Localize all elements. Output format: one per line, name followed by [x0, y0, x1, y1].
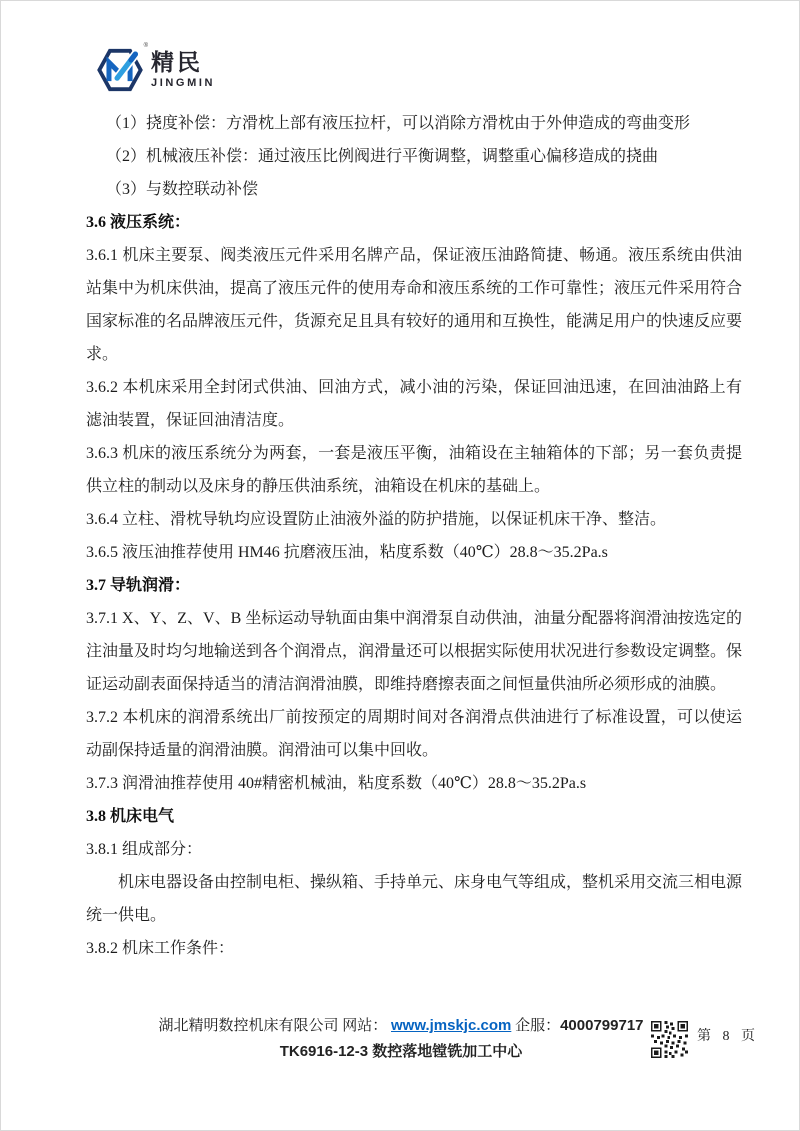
footer-service-phone: 4000799717: [560, 1017, 643, 1034]
list-item-1: （1）挠度补偿：方滑枕上部有液压拉杆，可以消除方滑枕由于外伸造成的弯曲变形: [86, 107, 742, 140]
logo-chinese-name: 精民: [151, 51, 215, 74]
paragraph-3-7-2: 3.7.2 本机床的润滑系统出厂前按预定的周期时间对各润滑点供油进行了标准设置，…: [86, 701, 742, 767]
paragraph-3-6-3: 3.6.3 机床的液压系统分为两套，一套是液压平衡，油箱设在主轴箱体的下部；另一…: [86, 437, 742, 503]
section-heading-3-6: 3.6 液压系统：: [86, 206, 742, 239]
document-footer: 湖北精明数控机床有限公司 网站： www.jmskjc.com 企服：40007…: [1, 1013, 800, 1065]
section-heading-3-8: 3.8 机床电气: [86, 800, 742, 833]
paragraph-3-6-4: 3.6.4 立柱、滑枕导轨均应设置防止油液外溢的防护措施，以保证机床干净、整洁。: [86, 503, 742, 536]
footer-company-line: 湖北精明数控机床有限公司 网站： www.jmskjc.com 企服：40007…: [81, 1013, 721, 1039]
paragraph-3-8-1-body: 机床电器设备由控制电柜、操纵箱、手持单元、床身电气等组成，整机采用交流三相电源统…: [86, 866, 742, 932]
hexagon-m-pen-icon: [96, 45, 144, 95]
footer-company-name: 湖北精明数控机床有限公司: [158, 1018, 338, 1034]
paragraph-3-8-1: 3.8.1 组成部分：: [86, 833, 742, 866]
paragraph-3-7-1: 3.7.1 X、Y、Z、V、B 坐标运动导轨面由集中润滑泵自动供油，油量分配器将…: [86, 602, 742, 701]
document-body: （1）挠度补偿：方滑枕上部有液压拉杆，可以消除方滑枕由于外伸造成的弯曲变形 （2…: [86, 107, 742, 965]
company-logo: ® 精民 JINGMIN: [96, 45, 215, 95]
logo-english-name: JINGMIN: [151, 78, 215, 89]
document-header: ® 精民 JINGMIN: [96, 45, 215, 97]
section-heading-3-7: 3.7 导轨润滑：: [86, 569, 742, 602]
registered-trademark-mark: ®: [144, 43, 148, 49]
paragraph-3-7-3: 3.7.3 润滑油推荐使用 40#精密机械油，粘度系数（40℃）28.8～35.…: [86, 767, 742, 800]
logo-text: 精民 JINGMIN: [151, 51, 215, 89]
paragraph-3-6-5: 3.6.5 液压油推荐使用 HM46 抗磨液压油，粘度系数（40℃）28.8～3…: [86, 536, 742, 569]
document-page: ® 精民 JINGMIN （1）挠度补偿：方滑枕上部有液压拉杆，可以消除方滑枕由…: [0, 0, 800, 1131]
page-number: 第 8 页: [697, 1025, 759, 1045]
footer-product-line: TK6916-12-3 数控落地镗铣加工中心: [81, 1039, 721, 1065]
logo-hexagon-m-icon: ®: [96, 45, 144, 95]
list-item-2: （2）机械液压补偿：通过液压比例阀进行平衡调整，调整重心偏移造成的挠曲: [86, 140, 742, 173]
footer-service-label: 企服：: [515, 1018, 560, 1034]
footer-website-label: 网站：: [338, 1018, 387, 1034]
paragraph-3-6-2: 3.6.2 本机床采用全封闭式供油、回油方式，减小油的污染，保证回油迅速，在回油…: [86, 371, 742, 437]
paragraph-3-8-2: 3.8.2 机床工作条件：: [86, 932, 742, 965]
qr-code: [651, 1021, 688, 1058]
paragraph-3-6-1: 3.6.1 机床主要泵、阀类液压元件采用名牌产品，保证液压油路简捷、畅通。液压系…: [86, 239, 742, 371]
footer-website-link[interactable]: www.jmskjc.com: [391, 1017, 511, 1034]
list-item-3: （3）与数控联动补偿: [86, 173, 742, 206]
